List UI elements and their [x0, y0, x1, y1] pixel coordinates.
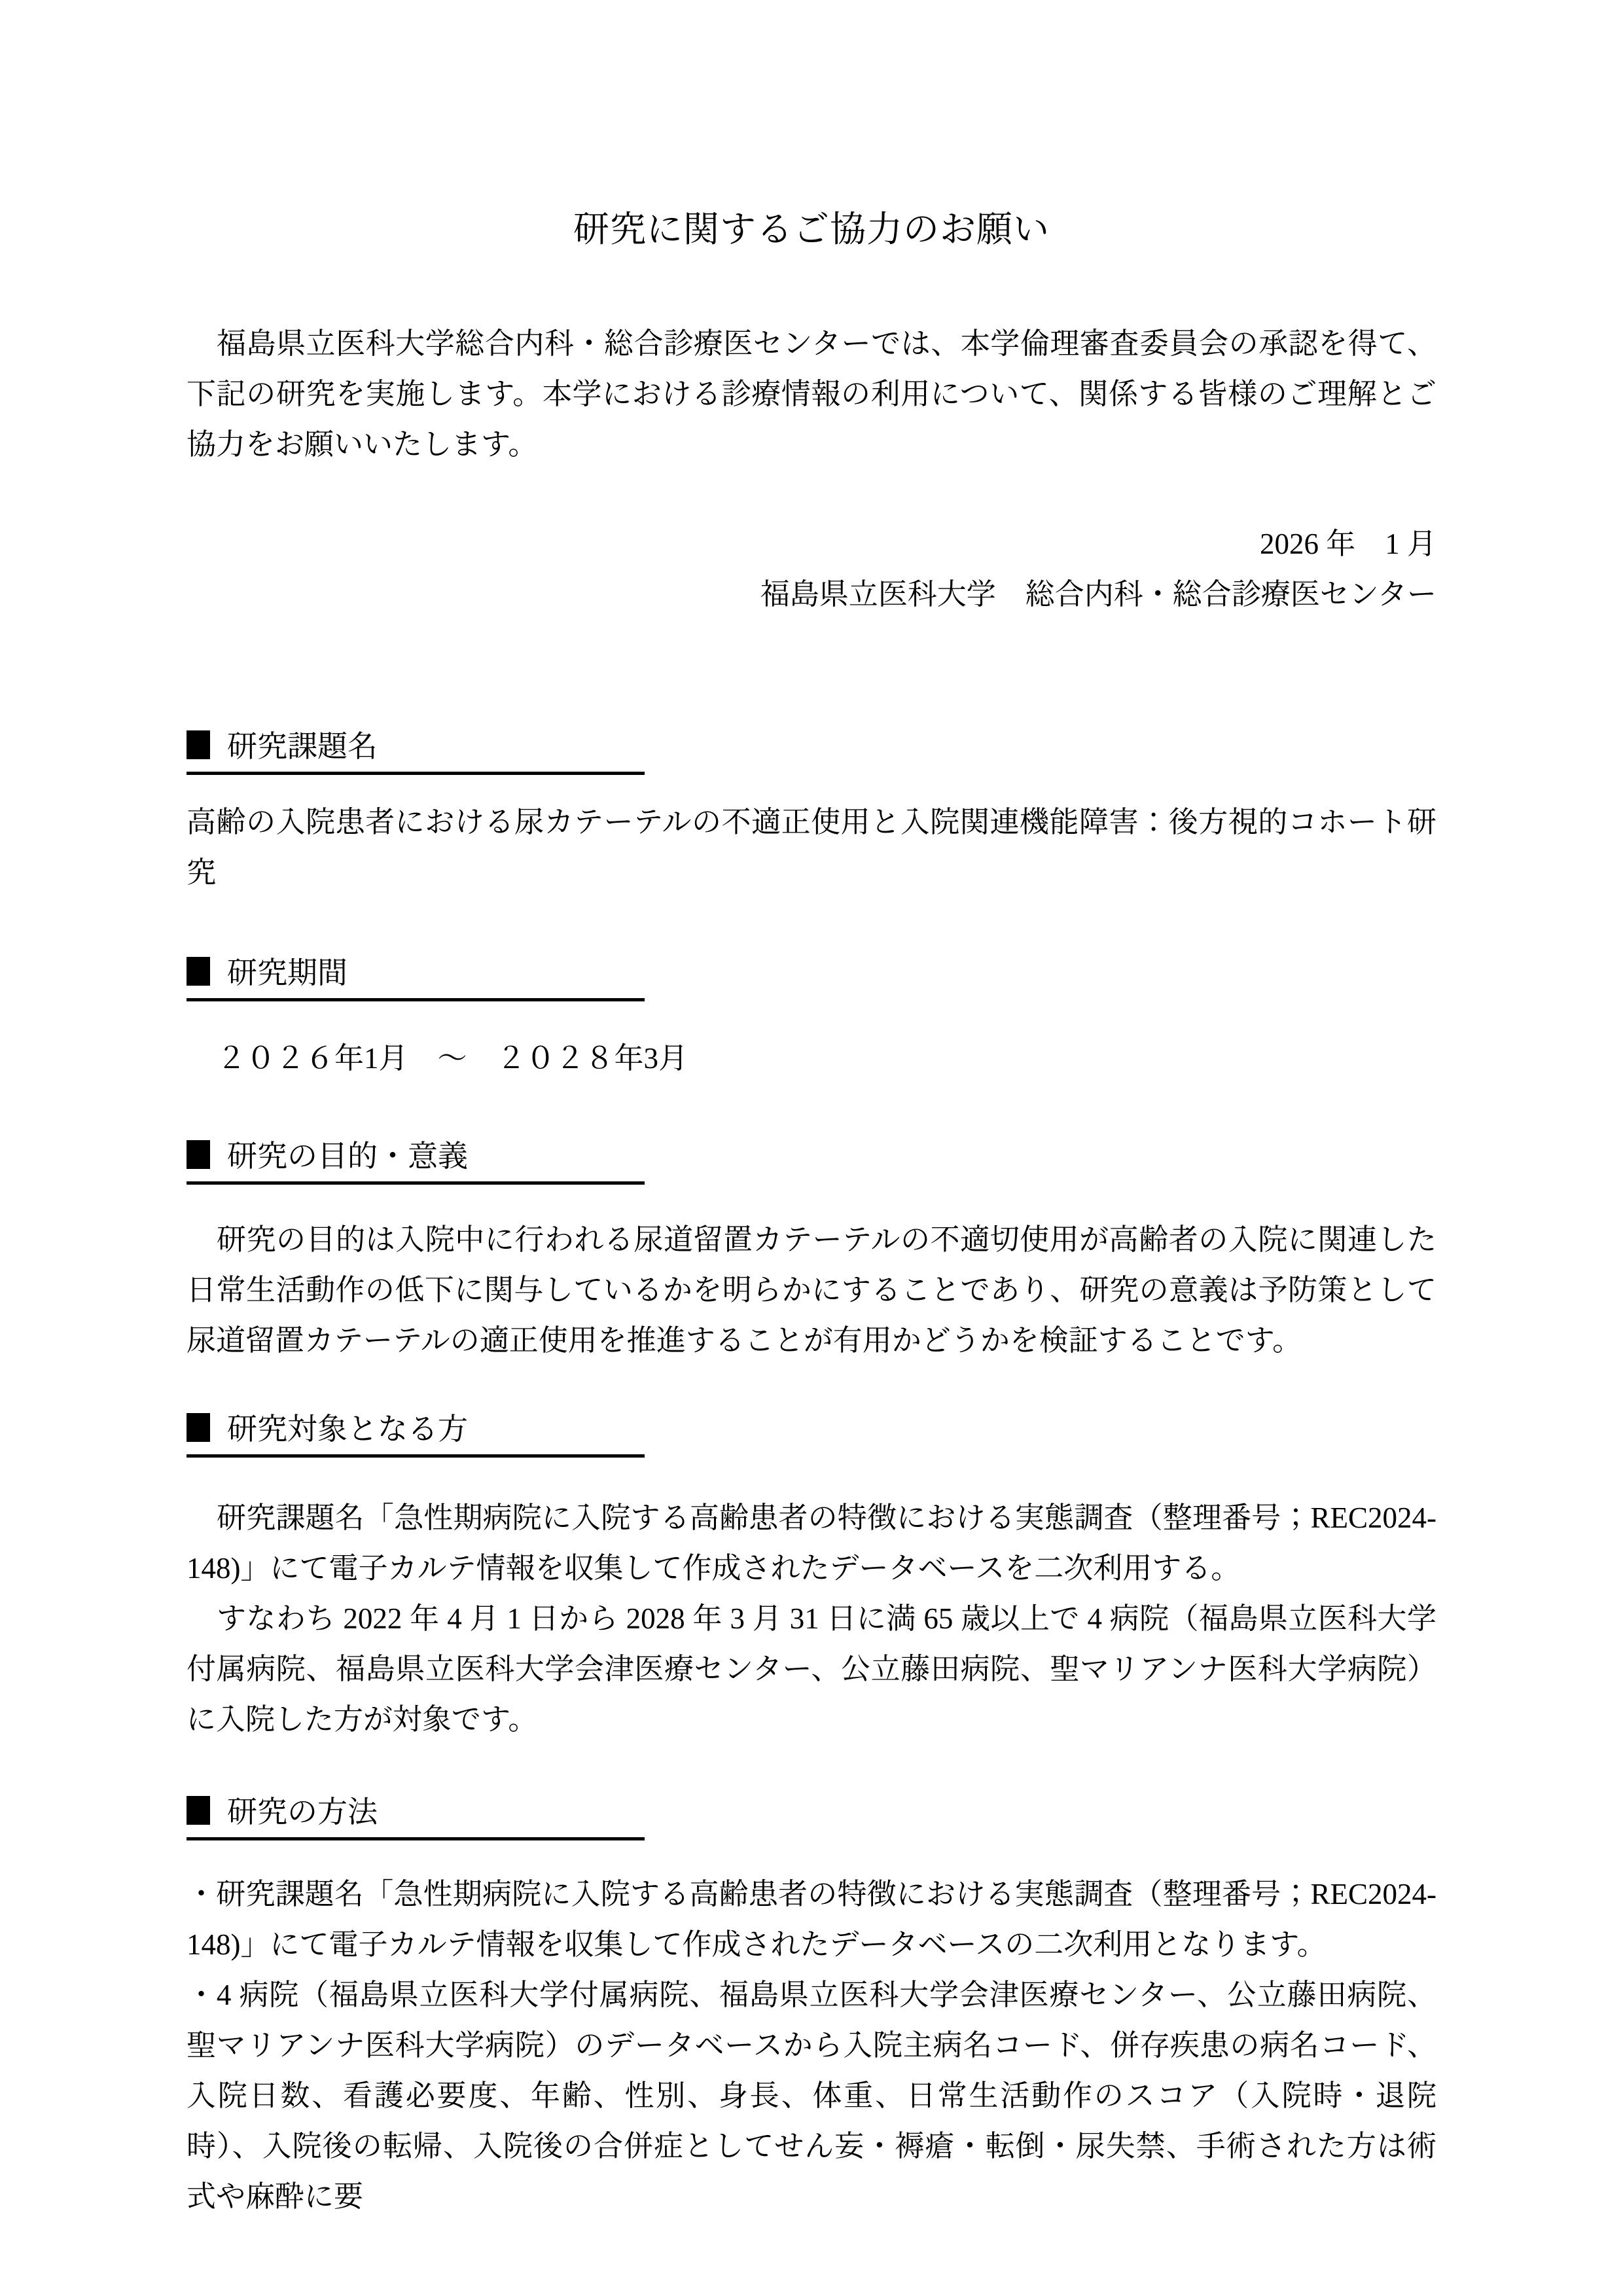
section-period-text: ２０２６年1月 ～ ２０２８年3月 — [187, 1033, 1436, 1084]
section-marker-icon — [187, 730, 210, 759]
section-title: 研究課題名 — [227, 730, 378, 763]
section-marker-icon — [187, 1796, 210, 1825]
section-heading-subjects: 研究対象となる方 — [187, 1412, 645, 1458]
section-marker-icon — [187, 1140, 210, 1169]
section-marker-icon — [187, 1413, 210, 1442]
section-methods-paragraph-2: ・4 病院（福島県立医科大学付属病院、福島県立医科大学会津医療センター、公立藤田… — [187, 1970, 1436, 2222]
section-title: 研究期間 — [227, 956, 348, 990]
section-heading-methods: 研究の方法 — [187, 1795, 645, 1840]
section-title: 研究対象となる方 — [227, 1412, 468, 1446]
section-purpose-text: 研究の目的は入院中に行われる尿道留置カテーテルの不適切使用が高齢者の入院に関連し… — [187, 1215, 1436, 1366]
section-subjects-paragraph-2: すなわち 2022 年 4 月 1 日から 2028 年 3 月 31 日に満 … — [187, 1594, 1436, 1745]
date-line: 2026 年 1 月 — [187, 519, 1436, 569]
intro-paragraph: 福島県立医科大学総合内科・総合診療医センターでは、本学倫理審査委員会の承認を得て… — [187, 319, 1436, 470]
section-topic-text: 高齢の入院患者における尿カテーテルの不適正使用と入院関連機能障害：後方視的コホー… — [187, 797, 1436, 898]
document-title: 研究に関するご協力のお願い — [187, 209, 1436, 250]
section-marker-icon — [187, 957, 210, 986]
section-heading-topic: 研究課題名 — [187, 730, 645, 775]
section-subjects-paragraph-1: 研究課題名「急性期病院に入院する高齢患者の特徴における実態調査（整理番号；REC… — [187, 1493, 1436, 1594]
section-title: 研究の方法 — [227, 1795, 378, 1829]
section-heading-period: 研究期間 — [187, 956, 645, 1001]
section-methods-paragraph-1: ・研究課題名「急性期病院に入院する高齢患者の特徴における実態調査（整理番号；RE… — [187, 1869, 1436, 1970]
section-heading-purpose: 研究の目的・意義 — [187, 1139, 645, 1185]
issuer-line: 福島県立医科大学 総合内科・総合診療医センター — [187, 569, 1436, 620]
section-title: 研究の目的・意義 — [227, 1139, 468, 1173]
document-page: 研究に関するご協力のお願い 福島県立医科大学総合内科・総合診療医センターでは、本… — [0, 0, 1623, 2296]
